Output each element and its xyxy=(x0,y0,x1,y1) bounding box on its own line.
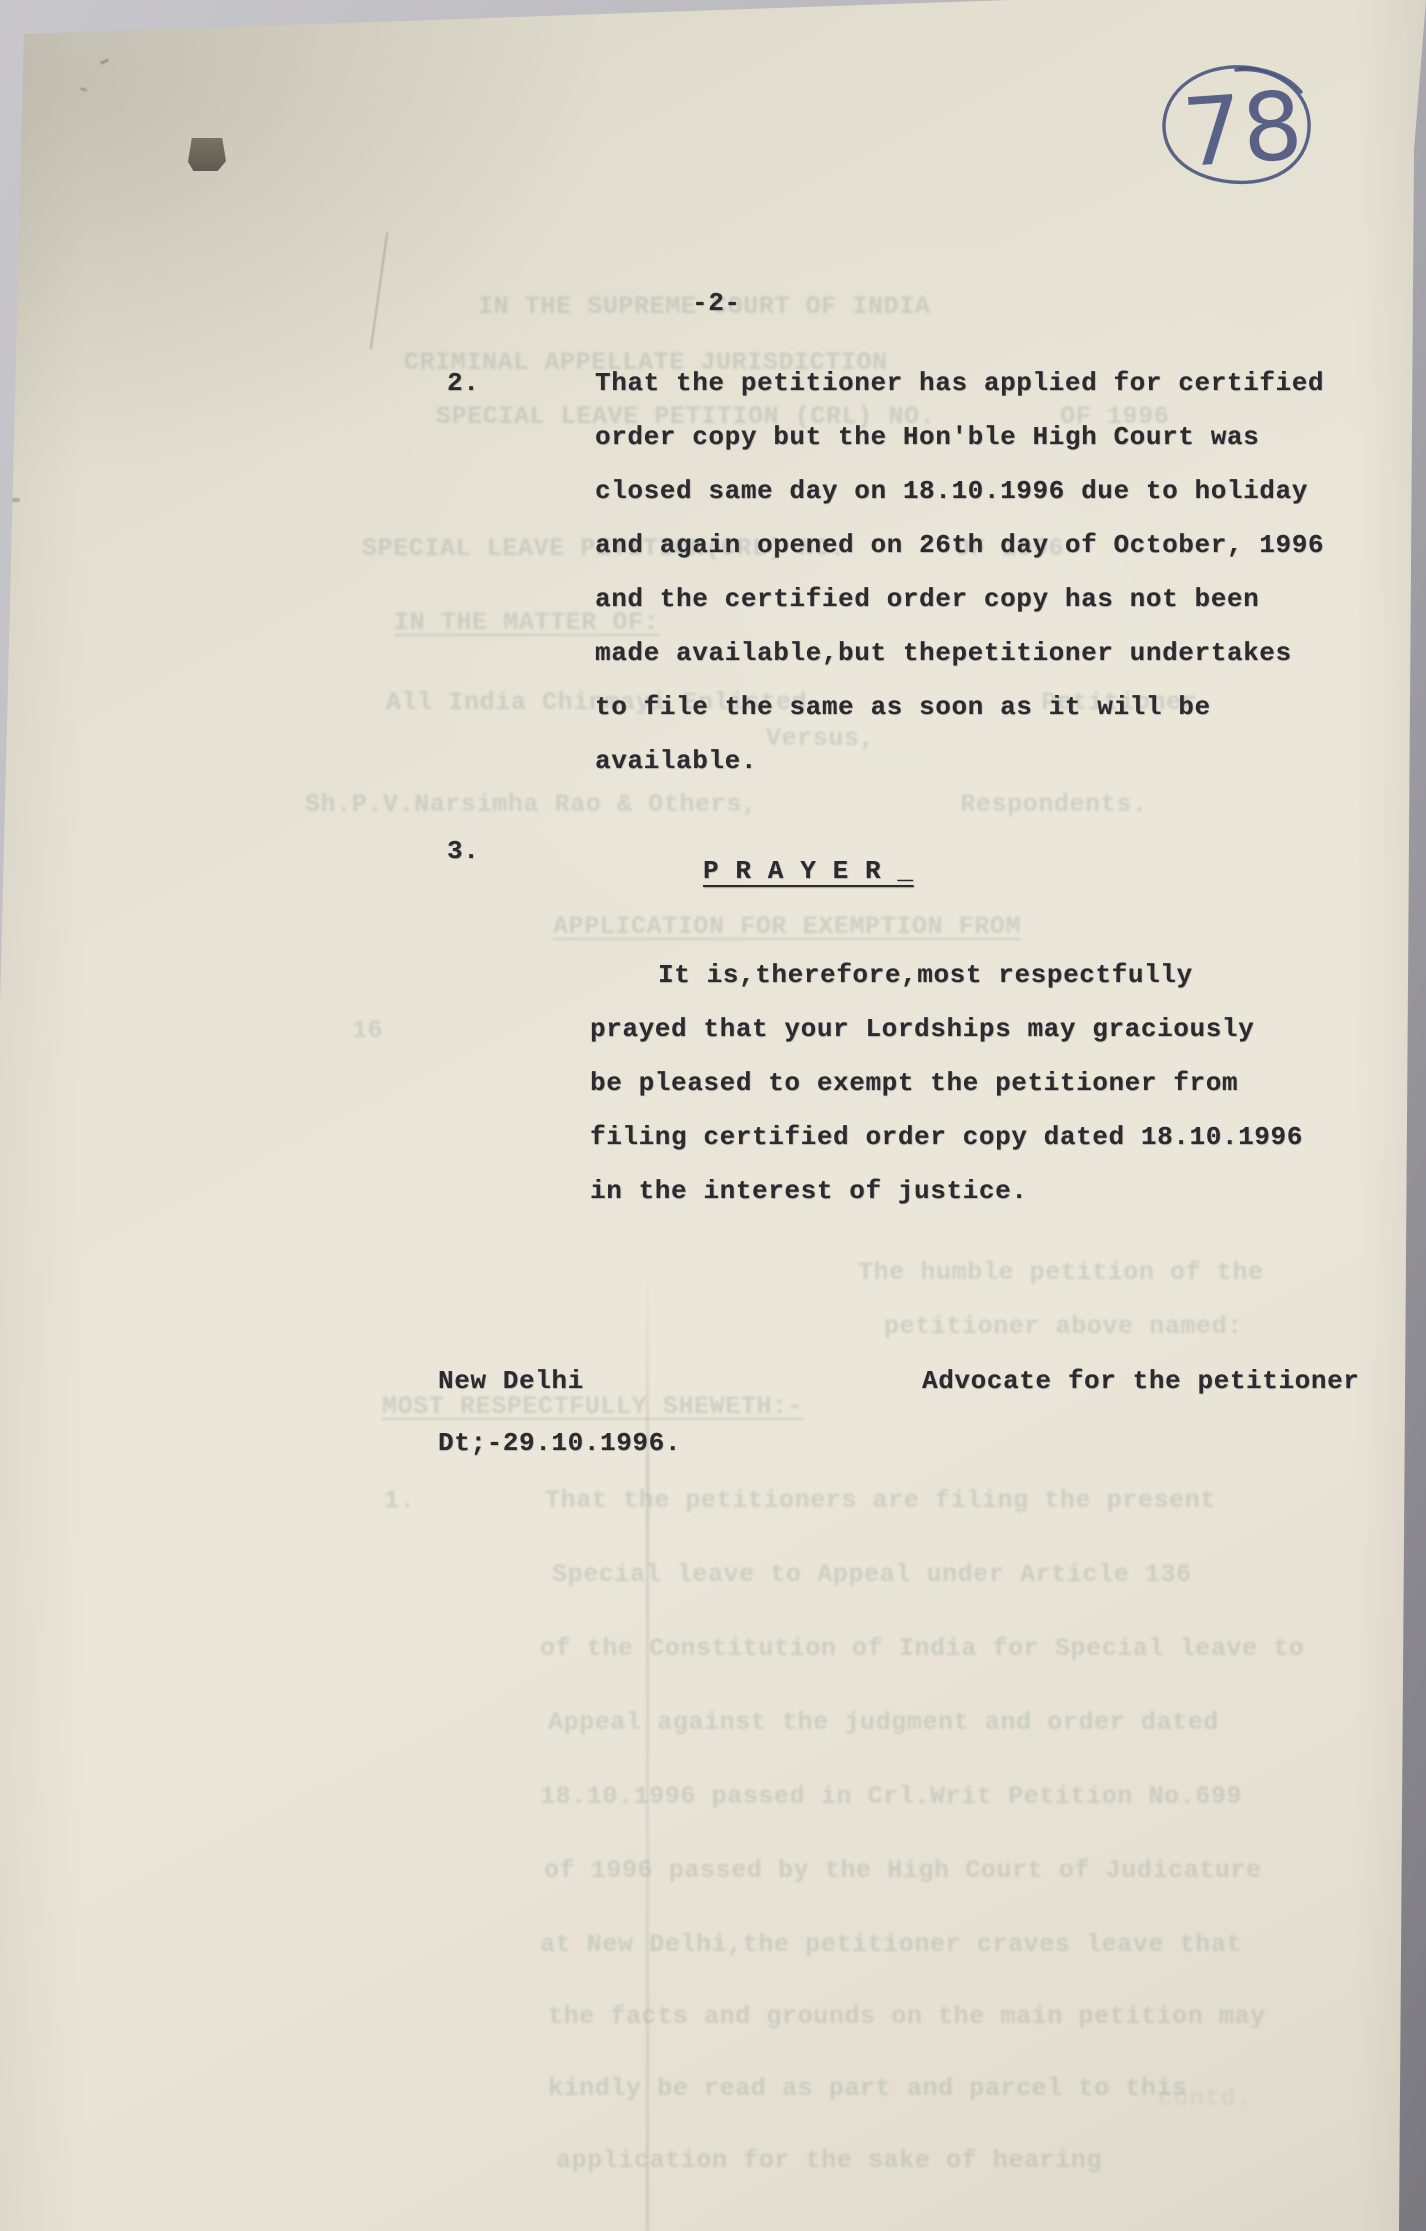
footer-place: New Delhi xyxy=(438,1366,584,1396)
prayer-paragraph-lines: It is,therefore,most respectfullyprayed … xyxy=(0,0,1426,2231)
typed-line: be pleased to exempt the petitioner from xyxy=(590,1068,1238,1098)
typed-line: filing certified order copy dated 18.10.… xyxy=(590,1122,1303,1152)
footer-date: Dt;-29.10.1996. xyxy=(438,1428,681,1458)
footer-signatory: Advocate for the petitioner xyxy=(922,1366,1359,1396)
typed-line: prayed that your Lordships may graciousl… xyxy=(590,1014,1254,1044)
typed-text-layer: -2- 2. That the petitioner has applied f… xyxy=(0,0,1426,2231)
typed-line: in the interest of justice. xyxy=(590,1176,1027,1206)
typed-line: It is,therefore,most respectfully xyxy=(658,960,1193,990)
paper-sheet: IN THE SUPREME COURT OF INDIACRIMINAL AP… xyxy=(0,0,1426,2231)
